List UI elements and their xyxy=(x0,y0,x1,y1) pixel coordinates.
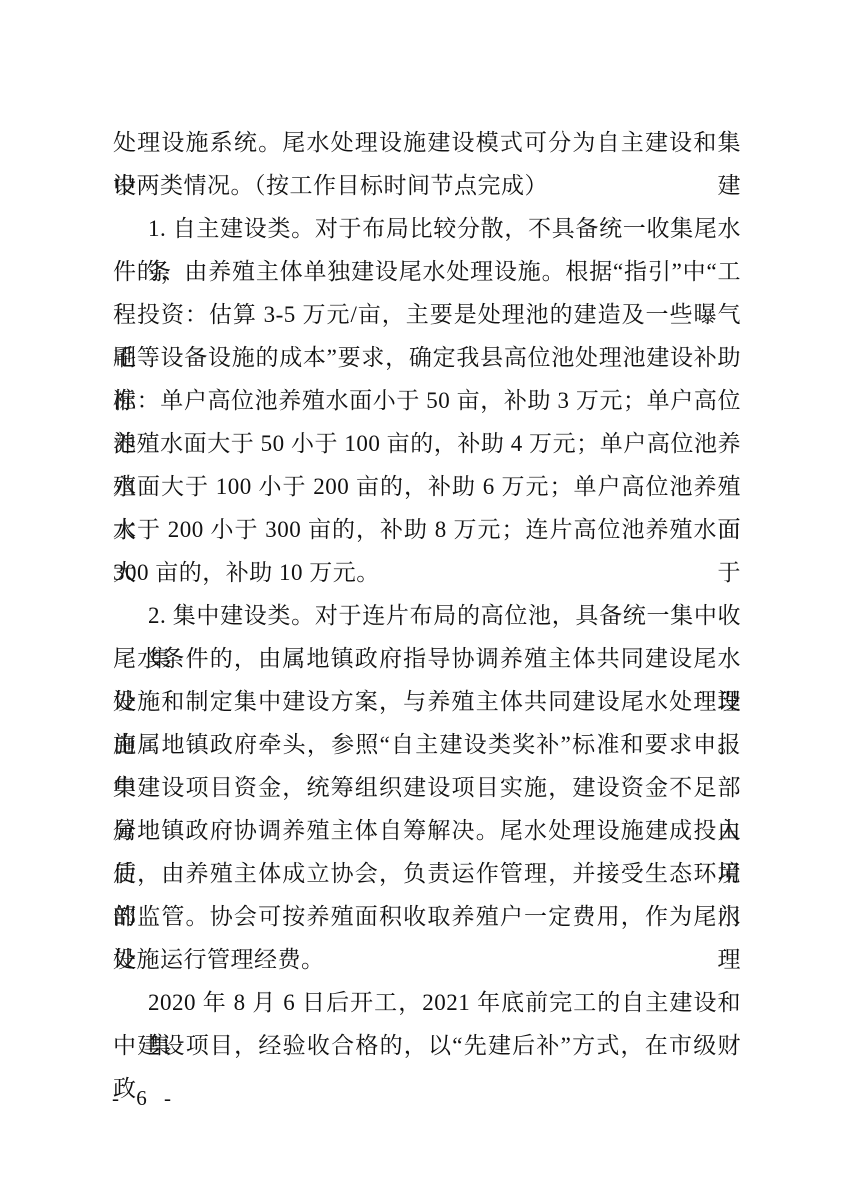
text-line: 处理设施系统。尾水处理设施建设模式可分为自主建设和集中建 xyxy=(113,121,741,164)
text-line: 2020 年 8 月 6 日后开工，2021 年底前完工的自主建设和集 xyxy=(113,981,741,1024)
text-line: 准：单户高位池养殖水面小于 50 亩，补助 3 万元；单户高位池 xyxy=(113,379,741,422)
text-line: 的监管。协会可按养殖面积收取养殖户一定费用，作为尾水处理 xyxy=(113,895,741,938)
document-body: 处理设施系统。尾水处理设施建设模式可分为自主建设和集中建 设两类情况。（按工作目… xyxy=(113,121,741,1067)
text-line: 大于 200 小于 300 亩的，补助 8 万元；连片高位池养殖水面大于 xyxy=(113,508,741,551)
text-line: 中建设项目，经验收合格的，以“先建后补”方式，在市级财政 xyxy=(113,1024,741,1067)
text-line: 后，由养殖主体成立协会，负责运作管理，并接受生态环境部门 xyxy=(113,852,741,895)
text-line: 设施和制定集中建设方案，与养殖主体共同建设尾水处理设施。 xyxy=(113,680,741,723)
text-line: 刷等设备设施的成本”要求，确定我县高位池处理池建设补助标 xyxy=(113,336,741,379)
text-line: 水面大于 100 小于 200 亩的，补助 6 万元；单户高位池养殖水面 xyxy=(113,465,741,508)
text-line: 养殖水面大于 50 小于 100 亩的，补助 4 万元；单户高位池养殖 xyxy=(113,422,741,465)
text-line: 中建设项目资金，统筹组织建设项目实施，建设资金不足部分由 xyxy=(113,766,741,809)
text-line: 尾水条件的，由属地镇政府指导协调养殖主体共同建设尾水处理 xyxy=(113,637,741,680)
text-line: 程投资：估算 3-5 万元/亩，主要是处理池的建造及一些曝气毛 xyxy=(113,293,741,336)
text-line: 件的，由养殖主体单独建设尾水处理设施。根据“指引”中“工 xyxy=(113,250,741,293)
text-line: 属地镇政府协调养殖主体自筹解决。尾水处理设施建成投入使用 xyxy=(113,809,741,852)
document-page: 处理设施系统。尾水处理设施建设模式可分为自主建设和集中建 设两类情况。（按工作目… xyxy=(0,0,850,1201)
text-line: 2. 集中建设类。对于连片布局的高位池，具备统一集中收集 xyxy=(113,594,741,637)
text-line: 由属地镇政府牵头，参照“自主建设类奖补”标准和要求申报集 xyxy=(113,723,741,766)
page-number: - 6 - xyxy=(112,1086,177,1111)
text-line: 1. 自主建设类。对于布局比较分散，不具备统一收集尾水条 xyxy=(113,207,741,250)
